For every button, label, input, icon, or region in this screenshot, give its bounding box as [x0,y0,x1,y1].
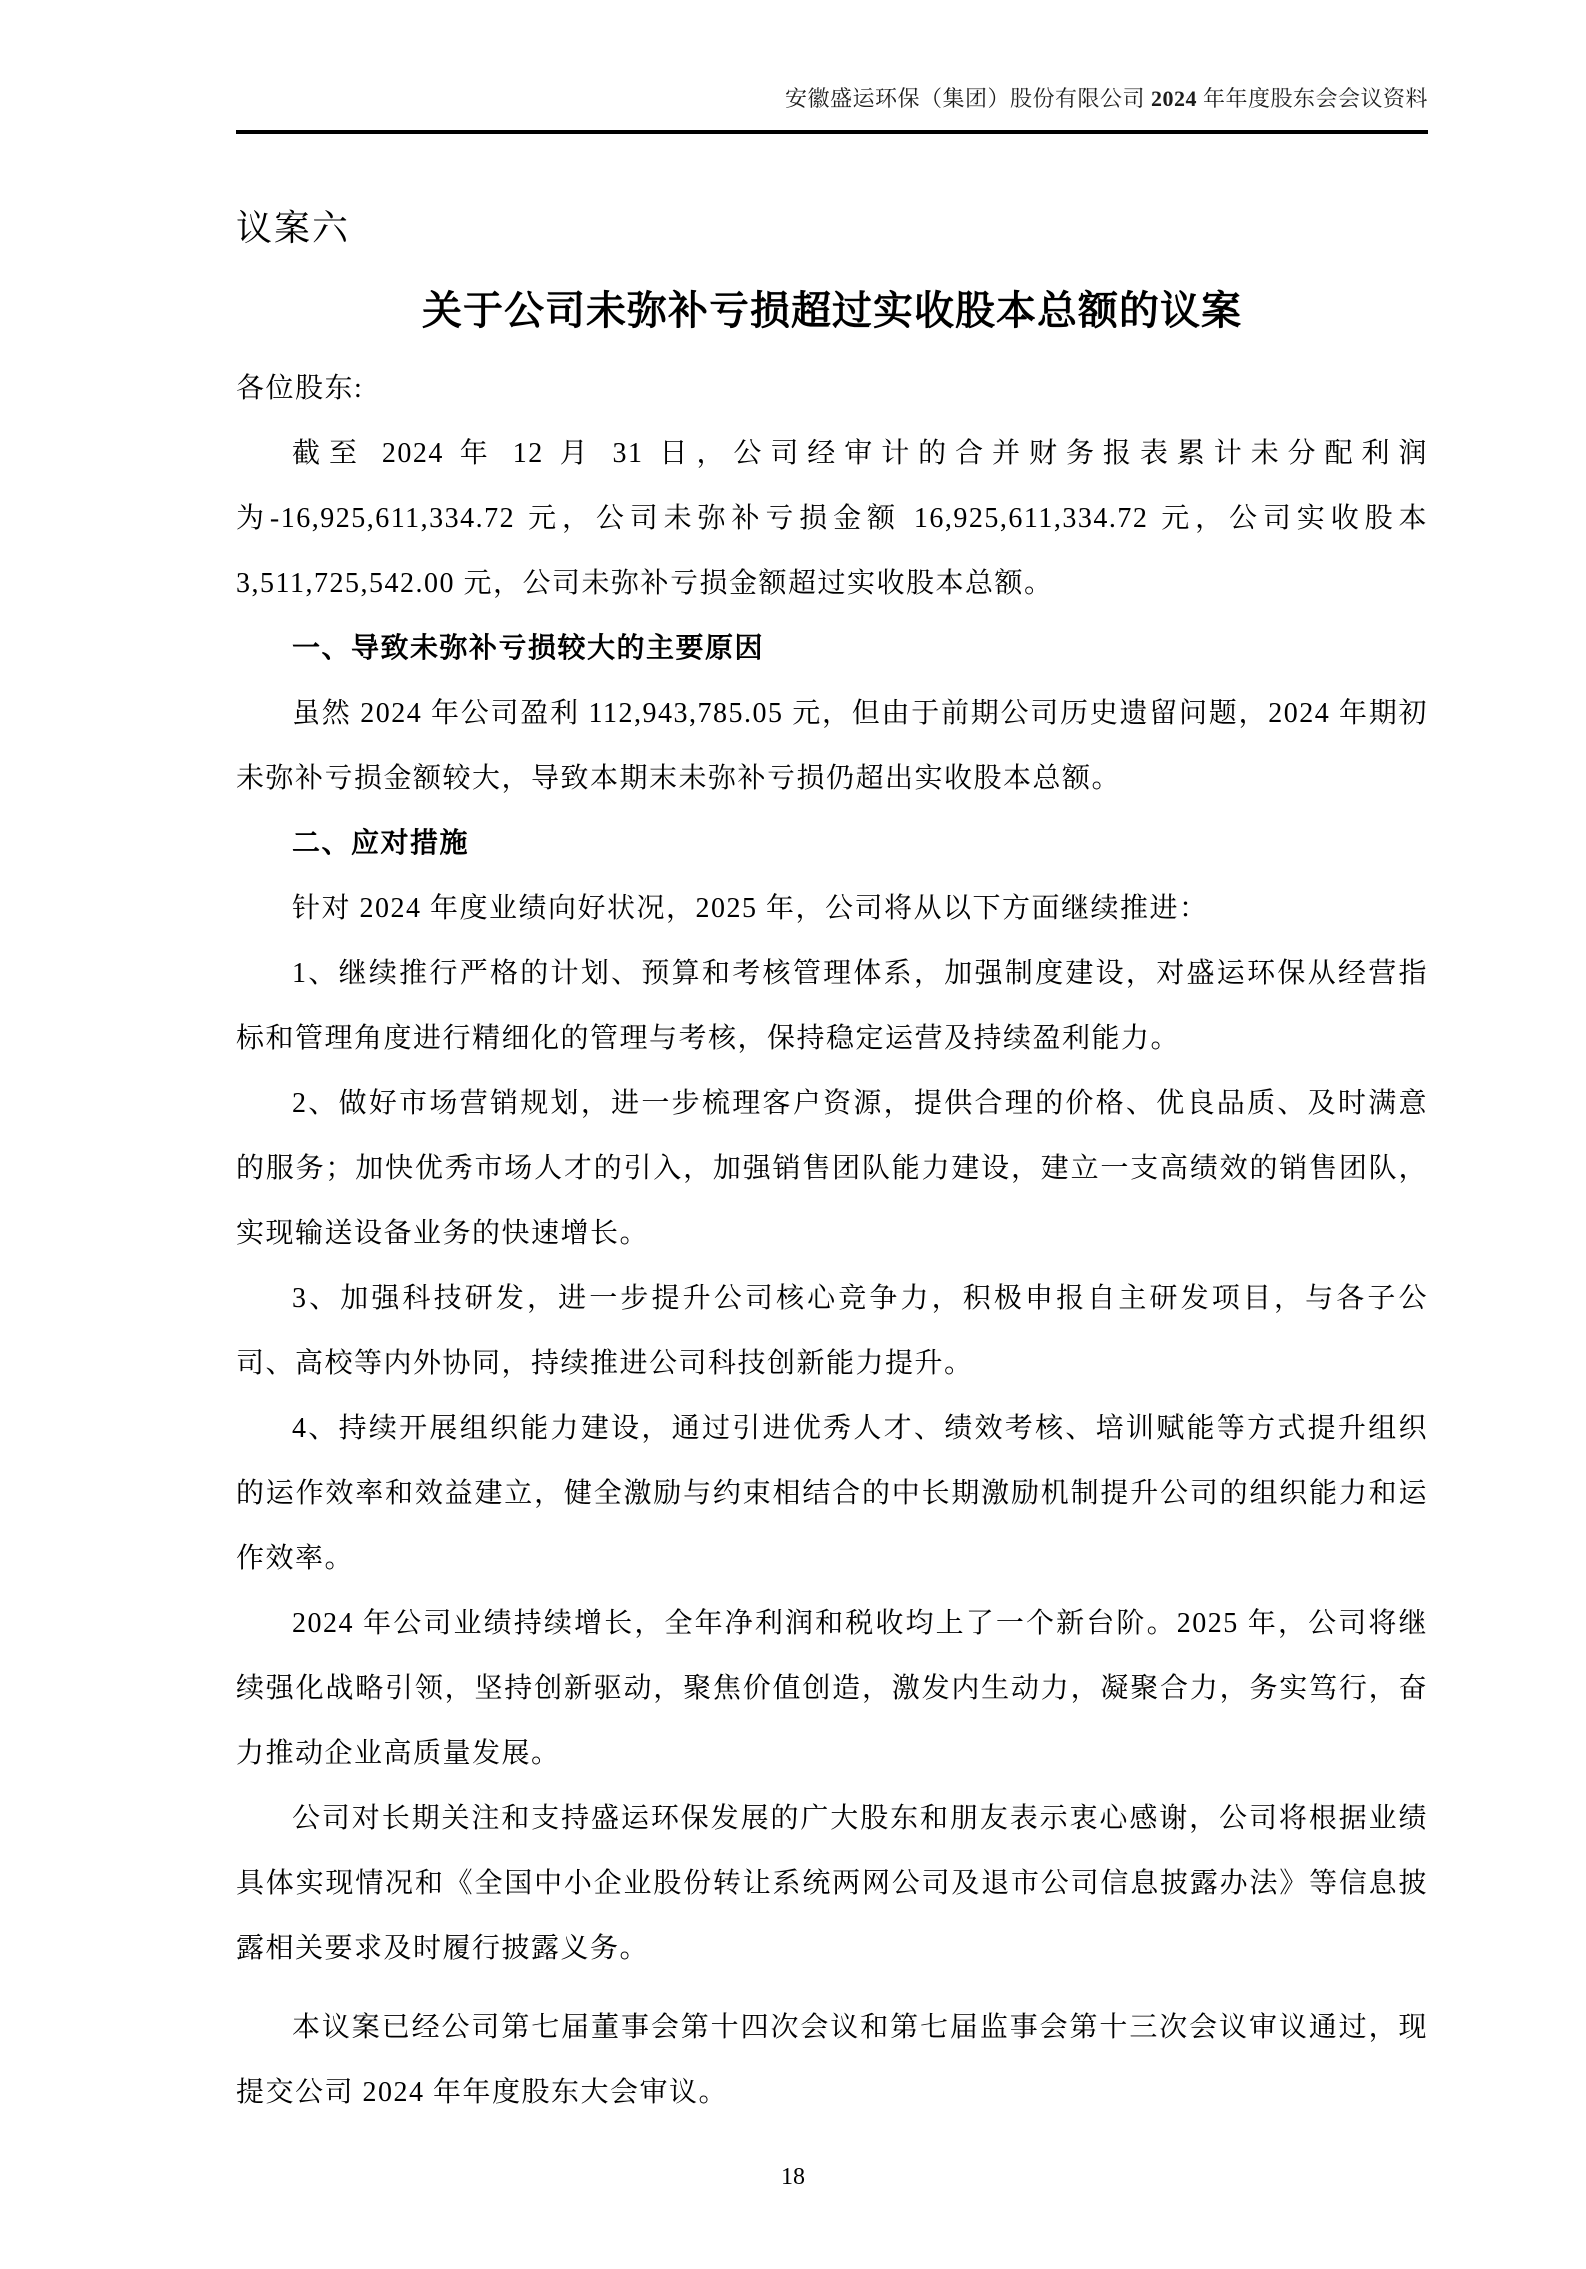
header-year: 2024 [1151,86,1197,111]
paragraph-measure-1: 1、继续推行严格的计划、预算和考核管理体系，加强制度建设，对盛运环保从经营指标和… [236,941,1428,1071]
proposal-number: 议案六 [236,208,1428,248]
paragraph-approval: 本议案已经公司第七届董事会第十四次会议和第七届监事会第十三次会议审议通过，现提交… [236,1995,1428,2125]
header-rule [236,130,1428,134]
document-title: 关于公司未弥补亏损超过实收股本总额的议案 [236,288,1428,334]
page-footer: 18 [0,2163,1586,2191]
paragraph-outlook: 2024 年公司业绩持续增长，全年净利润和税收均上了一个新台阶。2025 年，公… [236,1591,1428,1786]
section-heading-reasons: 一、导致未弥补亏损较大的主要原因 [236,616,1428,681]
paragraph-measure-4: 4、持续开展组织能力建设，通过引进优秀人才、绩效考核、培训赋能等方式提升组织的运… [236,1396,1428,1591]
paragraph-measure-3: 3、加强科技研发，进一步提升公司核心竞争力，积极申报自主研发项目，与各子公司、高… [236,1266,1428,1396]
paragraph-reasons: 虽然 2024 年公司盈利 112,943,785.05 元，但由于前期公司历史… [236,681,1428,811]
section-heading-measures: 二、应对措施 [236,811,1428,876]
header-meeting-label: 年年度股东会会议资料 [1197,86,1428,111]
paragraph-disclosure: 公司对长期关注和支持盛运环保发展的广大股东和朋友表示衷心感谢，公司将根据业绩具体… [236,1786,1428,1981]
page-number: 18 [781,2164,805,2190]
header-company-name: 安徽盛运环保（集团）股份有限公司 [785,86,1151,111]
document-body: 各位股东: 截至 2024 年 12 月 31 日，公司经审计的合并财务报表累计… [236,356,1428,2125]
paragraph-overview: 截至 2024 年 12 月 31 日，公司经审计的合并财务报表累计未分配利润为… [236,421,1428,616]
page-header: 安徽盛运环保（集团）股份有限公司 2024 年年度股东会会议资料 [236,84,1428,114]
salutation: 各位股东: [236,356,1428,421]
document-page: 安徽盛运环保（集团）股份有限公司 2024 年年度股东会会议资料 议案六 关于公… [0,0,1586,2269]
paragraph-measure-2: 2、做好市场营销规划，进一步梳理客户资源，提供合理的价格、优良品质、及时满意的服… [236,1071,1428,1266]
paragraph-measures-intro: 针对 2024 年度业绩向好状况，2025 年，公司将从以下方面继续推进： [236,876,1428,941]
